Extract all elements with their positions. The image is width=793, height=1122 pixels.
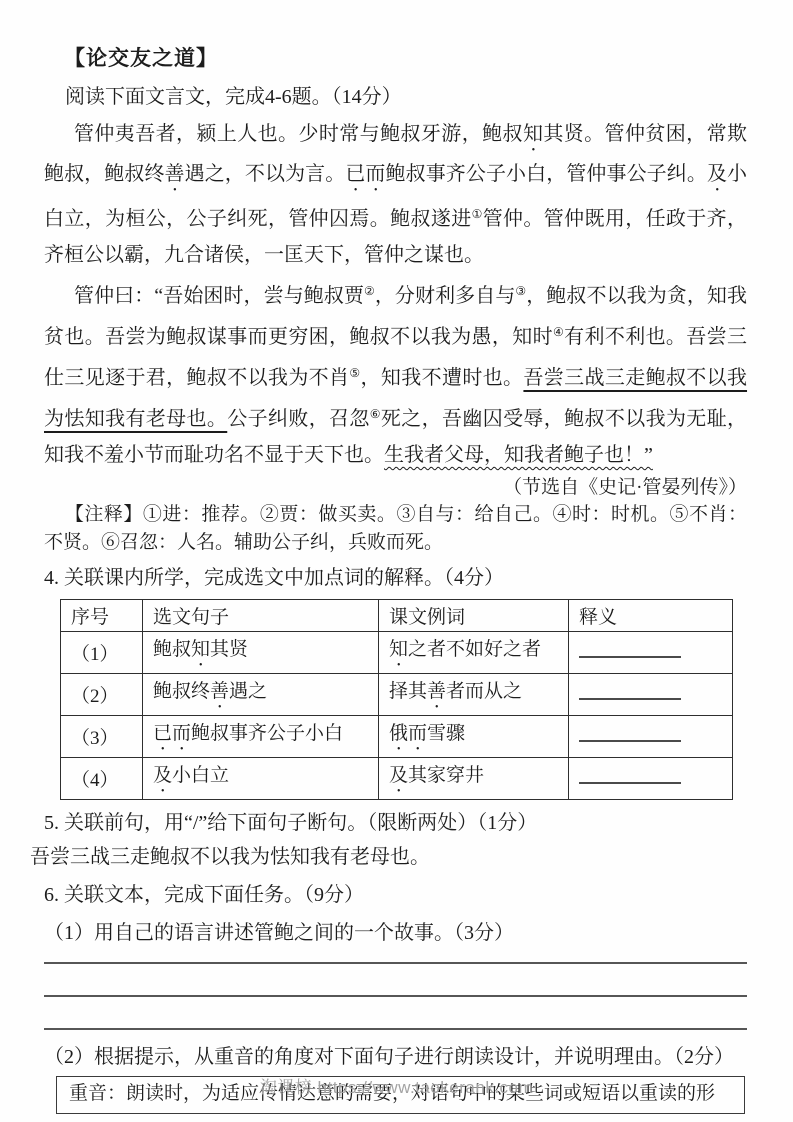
header-cell-example: 课文例词 <box>379 600 569 632</box>
excerpt-sentence-cell: 鲍叔终善遇之 <box>143 674 379 716</box>
question-4-label: 4. 关联课内所学，完成选文中加点词的解释。（4分） <box>44 565 747 591</box>
test-paper-page: 【论交友之道】 阅读下面文言文，完成4-6题。（14分） 管仲夷吾者，颍上人也。… <box>0 0 793 1122</box>
meaning-cell <box>569 716 733 758</box>
course-example-cell: 及其家穿井 <box>379 758 569 800</box>
excerpt-sentence-cell: 鲍叔知其贤 <box>143 632 379 674</box>
meaning-cell <box>569 632 733 674</box>
meaning-blank <box>579 769 681 784</box>
header-cell-number: 序号 <box>61 600 143 632</box>
course-example-cell: 择其善者而从之 <box>379 674 569 716</box>
meaning-cell <box>569 758 733 800</box>
answer-line <box>44 964 747 997</box>
table-row: （4）及小白立及其家穿井 <box>61 758 733 800</box>
annotation-notes: 【注释】①进：推荐。②贾：做买卖。③自与：给自己。④时：时机。⑤不肖：不贤。⑥召… <box>44 501 747 557</box>
passage-paragraph-2: 管仲曰：“吾始困时，尝与鲍叔贾②，分财利多自与③，鲍叔不以我为贪，知我贫也。吾尝… <box>44 273 747 473</box>
table-header-row: 序号 选文句子 课文例词 释义 <box>61 600 733 632</box>
section-title: 【论交友之道】 <box>64 44 747 74</box>
answer-line <box>44 997 747 1030</box>
question-5-label: 5. 关联前句，用“/”给下面句子断句。（限断两处）（1分） <box>44 810 747 836</box>
excerpt-sentence-cell: 及小白立 <box>143 758 379 800</box>
table-row: （1）鲍叔知其贤知之者不如好之者 <box>61 632 733 674</box>
excerpt-sentence-cell: 已而鲍叔事齐公子小白 <box>143 716 379 758</box>
meaning-blank <box>579 643 681 658</box>
header-cell-sentence: 选文句子 <box>143 600 379 632</box>
header-cell-meaning: 释义 <box>569 600 733 632</box>
course-example-cell: 知之者不如好之者 <box>379 632 569 674</box>
question-6-2-label: （2）根据提示，从重音的角度对下面句子进行朗读设计，并说明理由。（2分） <box>44 1044 747 1070</box>
meaning-blank <box>579 727 681 742</box>
table-row: （3）已而鲍叔事齐公子小白俄而雪骤 <box>61 716 733 758</box>
word-explanation-table: 序号 选文句子 课文例词 释义 （1）鲍叔知其贤知之者不如好之者（2）鲍叔终善遇… <box>60 599 733 800</box>
question-6-label: 6. 关联文本，完成下面任务。（9分） <box>44 882 747 908</box>
meaning-cell <box>569 674 733 716</box>
footer-watermark: 淘课榜 https://www.taokerank.com <box>0 1073 793 1098</box>
passage-paragraph-1: 管仲夷吾者，颍上人也。少时常与鲍叔牙游，鲍叔知其贤。管仲贫困，常欺鲍叔，鲍叔终善… <box>44 116 747 273</box>
row-number-cell: （1） <box>61 632 143 674</box>
row-number-cell: （2） <box>61 674 143 716</box>
row-number-cell: （4） <box>61 758 143 800</box>
intro-instruction: 阅读下面文言文，完成4-6题。（14分） <box>44 84 747 110</box>
row-number-cell: （3） <box>61 716 143 758</box>
meaning-blank <box>579 685 681 700</box>
sentence-to-punctuate: 吾尝三战三走鲍叔不以我为怯知我有老母也。 <box>30 844 747 870</box>
classical-passage: 管仲夷吾者，颍上人也。少时常与鲍叔牙游，鲍叔知其贤。管仲贫困，常欺鲍叔，鲍叔终善… <box>44 116 747 473</box>
source-attribution: （节选自《史记·管晏列传》） <box>44 475 747 501</box>
table-row: （2）鲍叔终善遇之择其善者而从之 <box>61 674 733 716</box>
course-example-cell: 俄而雪骤 <box>379 716 569 758</box>
